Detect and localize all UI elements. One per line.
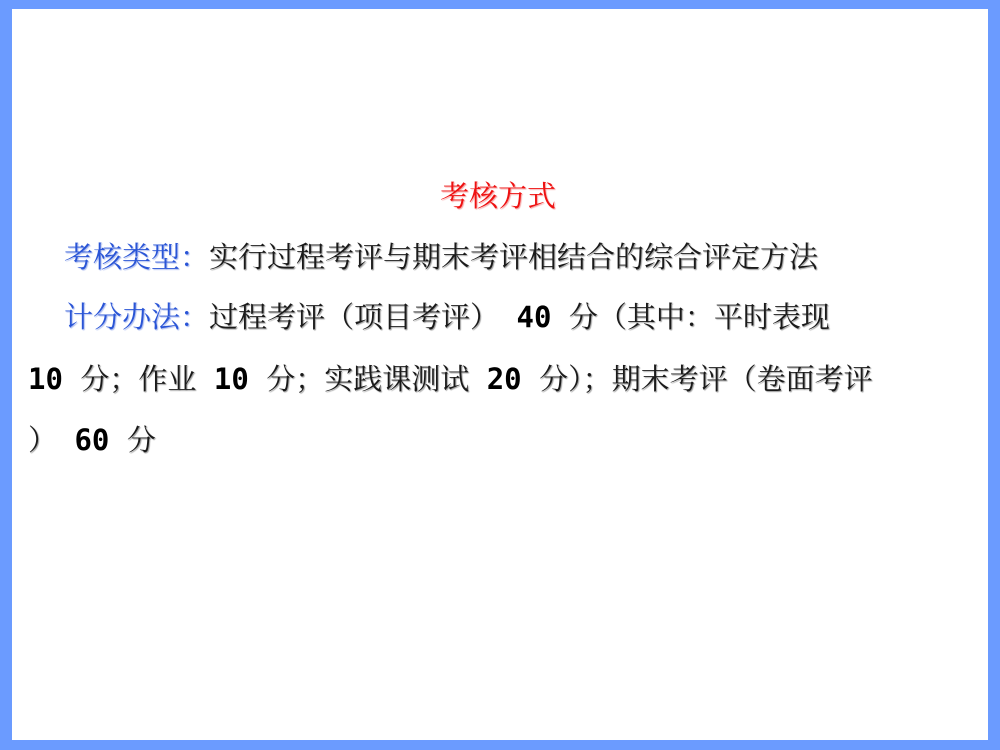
scoring-method-label: 计分办法： [64, 300, 209, 334]
assessment-type-line: 考核类型：实行过程考评与期末考评相结合的综合评定方法 [64, 235, 818, 276]
scoring-text-seg6: ） [28, 423, 57, 457]
scoring-text-seg3: 分；作业 [80, 362, 196, 396]
scoring-method-line-2: 10 分；作业 10 分；实践课测试 20 分）；期末考评（卷面考评 [28, 357, 873, 398]
scoring-text-seg2: 分（其中：平时表现 [569, 300, 830, 334]
score-daily: 10 [28, 362, 80, 396]
assessment-type-label: 考核类型： [64, 240, 209, 274]
slide-title: 考核方式 [440, 174, 556, 215]
scoring-text-seg1: 过程考评（项目考评） [209, 300, 499, 334]
assessment-type-text: 实行过程考评与期末考评相结合的综合评定方法 [209, 240, 818, 274]
scoring-method-line-3: ） 60 分 [28, 418, 156, 459]
score-process: 40 [499, 300, 569, 334]
scoring-text-seg4: 分；实践课测试 [266, 362, 469, 396]
score-homework: 10 [196, 362, 266, 396]
slide: 考核方式 考核类型：实行过程考评与期末考评相结合的综合评定方法 计分办法：过程考… [12, 9, 988, 740]
score-practice: 20 [469, 362, 539, 396]
scoring-method-line-1: 计分办法：过程考评（项目考评） 40 分（其中：平时表现 [64, 295, 830, 336]
scoring-text-seg7: 分 [127, 423, 156, 457]
scoring-text-seg5: 分）；期末考评（卷面考评 [539, 362, 873, 396]
score-final: 60 [57, 423, 127, 457]
